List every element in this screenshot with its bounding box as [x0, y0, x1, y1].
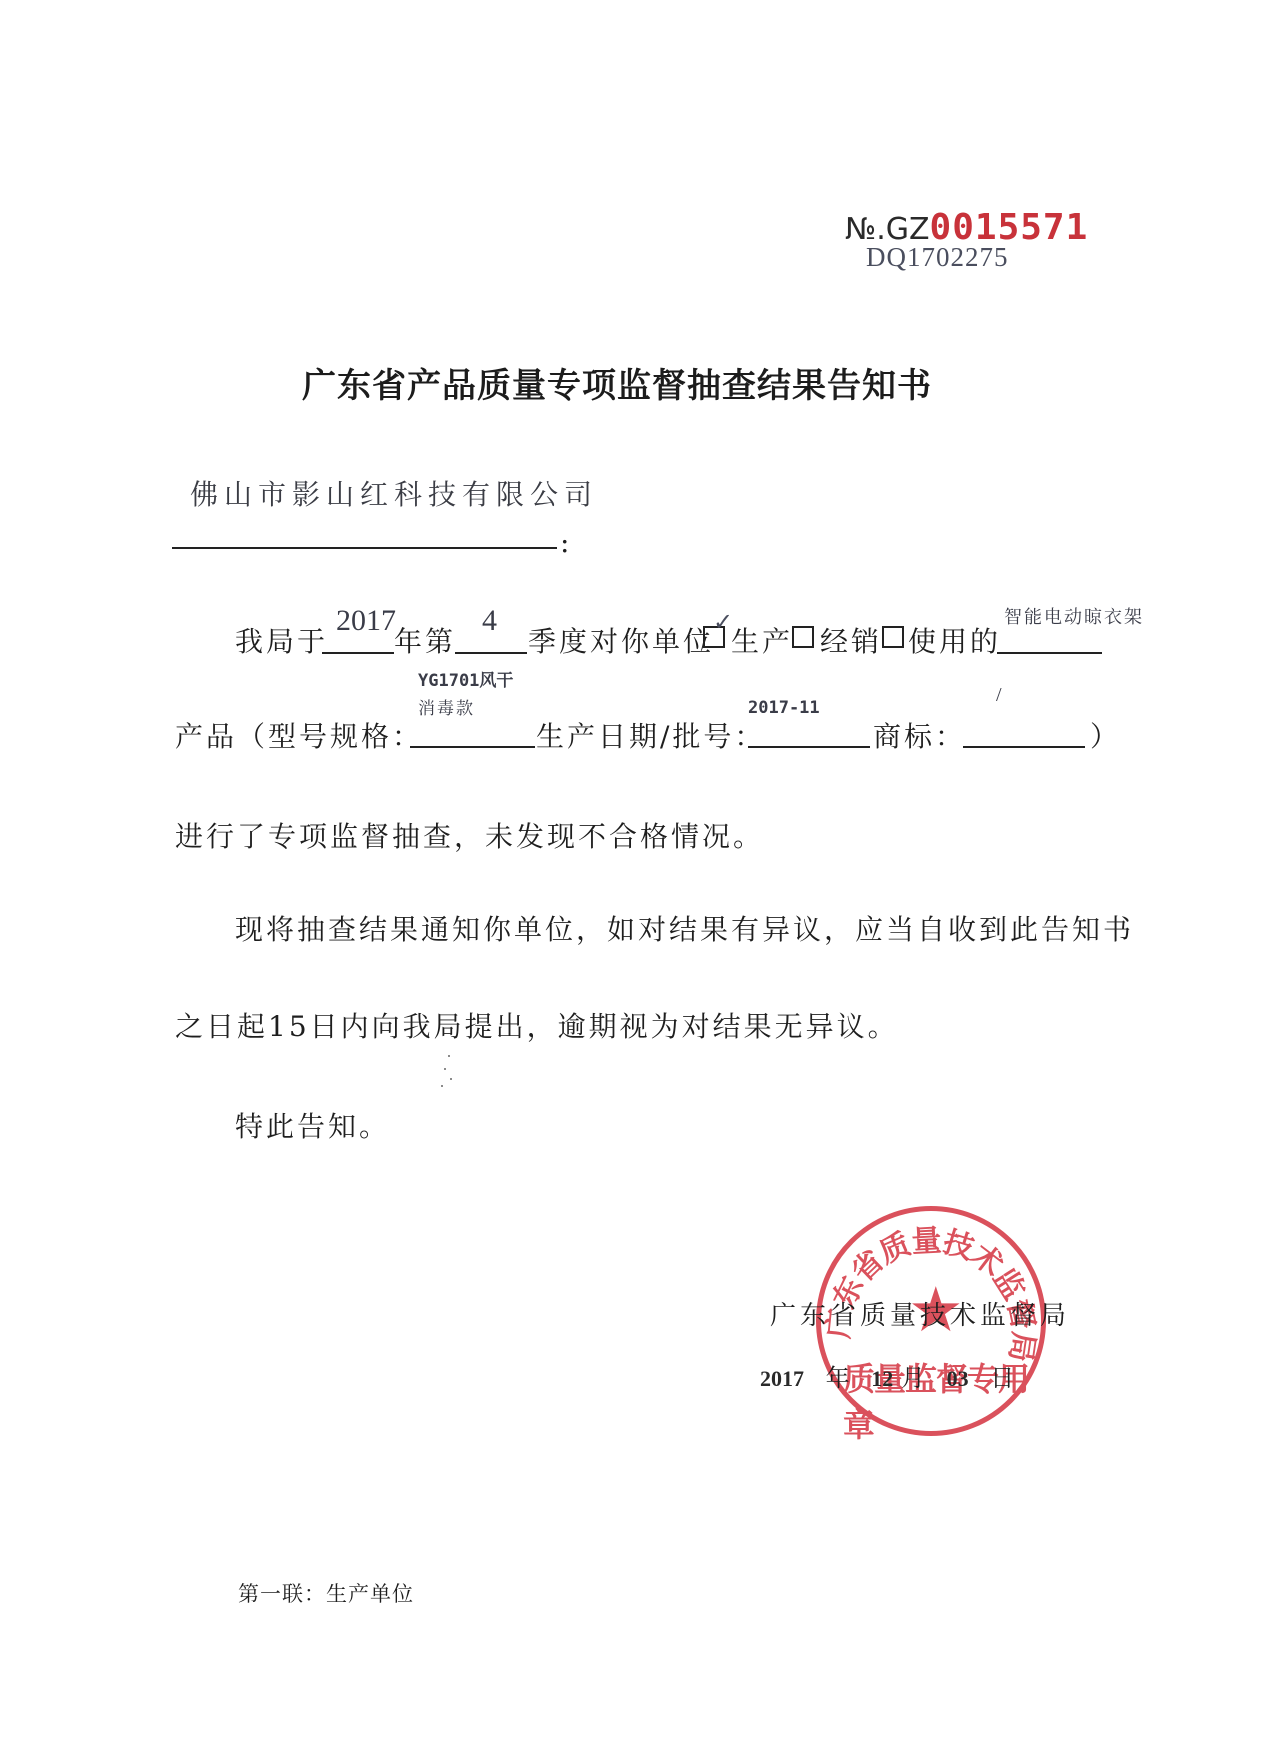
closing-text: 特此告知。: [235, 1105, 390, 1145]
p4-line1: 现将抽查结果通知你单位，如对结果有异议，应当自收到此告知书: [235, 908, 1134, 948]
scan-speck: [450, 1078, 452, 1080]
product-name-value: 智能电动晾衣架: [1004, 603, 1144, 629]
issue-date: 2017 年 12 月 03 日: [760, 1358, 1014, 1393]
option-production-label: 生产: [731, 620, 793, 660]
scan-speck: [444, 1068, 446, 1070]
year-value: 2017: [336, 604, 396, 638]
trademark-value: /: [996, 684, 1002, 707]
batch-value: 2017-11: [748, 698, 820, 718]
recipient-colon: :: [560, 526, 572, 559]
quarter-underline: [455, 652, 527, 654]
p2-close-paren: ）: [1090, 715, 1121, 755]
scan-speck: [448, 1055, 450, 1057]
quarter-value: 4: [482, 604, 497, 638]
p3-text: 进行了专项监督抽查，未发现不合格情况。: [175, 815, 764, 855]
p4-line2: 之日起15日内向我局提出，逾期视为对结果无异议。: [175, 1005, 899, 1045]
date-day: 03: [947, 1366, 969, 1391]
option-use-label: 使用的: [908, 620, 1001, 660]
p1-quarter-label: 季度对你单位: [528, 620, 714, 660]
p1-year-label: 年第: [394, 620, 456, 660]
sub-serial-number: DQ1702275: [866, 242, 1009, 273]
checkbox-use[interactable]: [882, 626, 904, 648]
p1-prefix: 我局于: [235, 620, 328, 660]
checkbox-distribution[interactable]: [792, 626, 814, 648]
p2-batch-label: 生产日期/批号：: [536, 715, 765, 755]
scan-speck: [441, 1085, 443, 1087]
date-month: 12: [871, 1366, 893, 1391]
option-distribution-label: 经销: [820, 620, 882, 660]
year-underline: [322, 652, 394, 654]
model-underline: [410, 746, 535, 748]
batch-underline: [748, 746, 870, 748]
product-name-underline: [997, 652, 1102, 654]
model-value-line1: YG1701风干: [418, 666, 513, 691]
p2-trademark-label: 商标：: [873, 715, 966, 755]
model-value-line2: 消毒款: [418, 694, 475, 719]
document-title: 广东省产品质量专项监督抽查结果告知书: [302, 358, 932, 407]
trademark-underline: [963, 746, 1085, 748]
issuer-name: 广东省质量技术监督局: [770, 1295, 1070, 1332]
date-year: 2017: [760, 1366, 804, 1391]
date-day-unit: 日: [990, 1364, 1014, 1392]
recipient-company: 佛山市影山红科技有限公司: [190, 473, 598, 513]
date-year-unit: 年: [826, 1364, 850, 1392]
p2-product-label: 产品（型号规格：: [175, 715, 423, 755]
recipient-underline: [172, 547, 557, 549]
date-month-unit: 月: [901, 1364, 925, 1392]
copy-designation: 第一联：生产单位: [238, 1578, 414, 1608]
